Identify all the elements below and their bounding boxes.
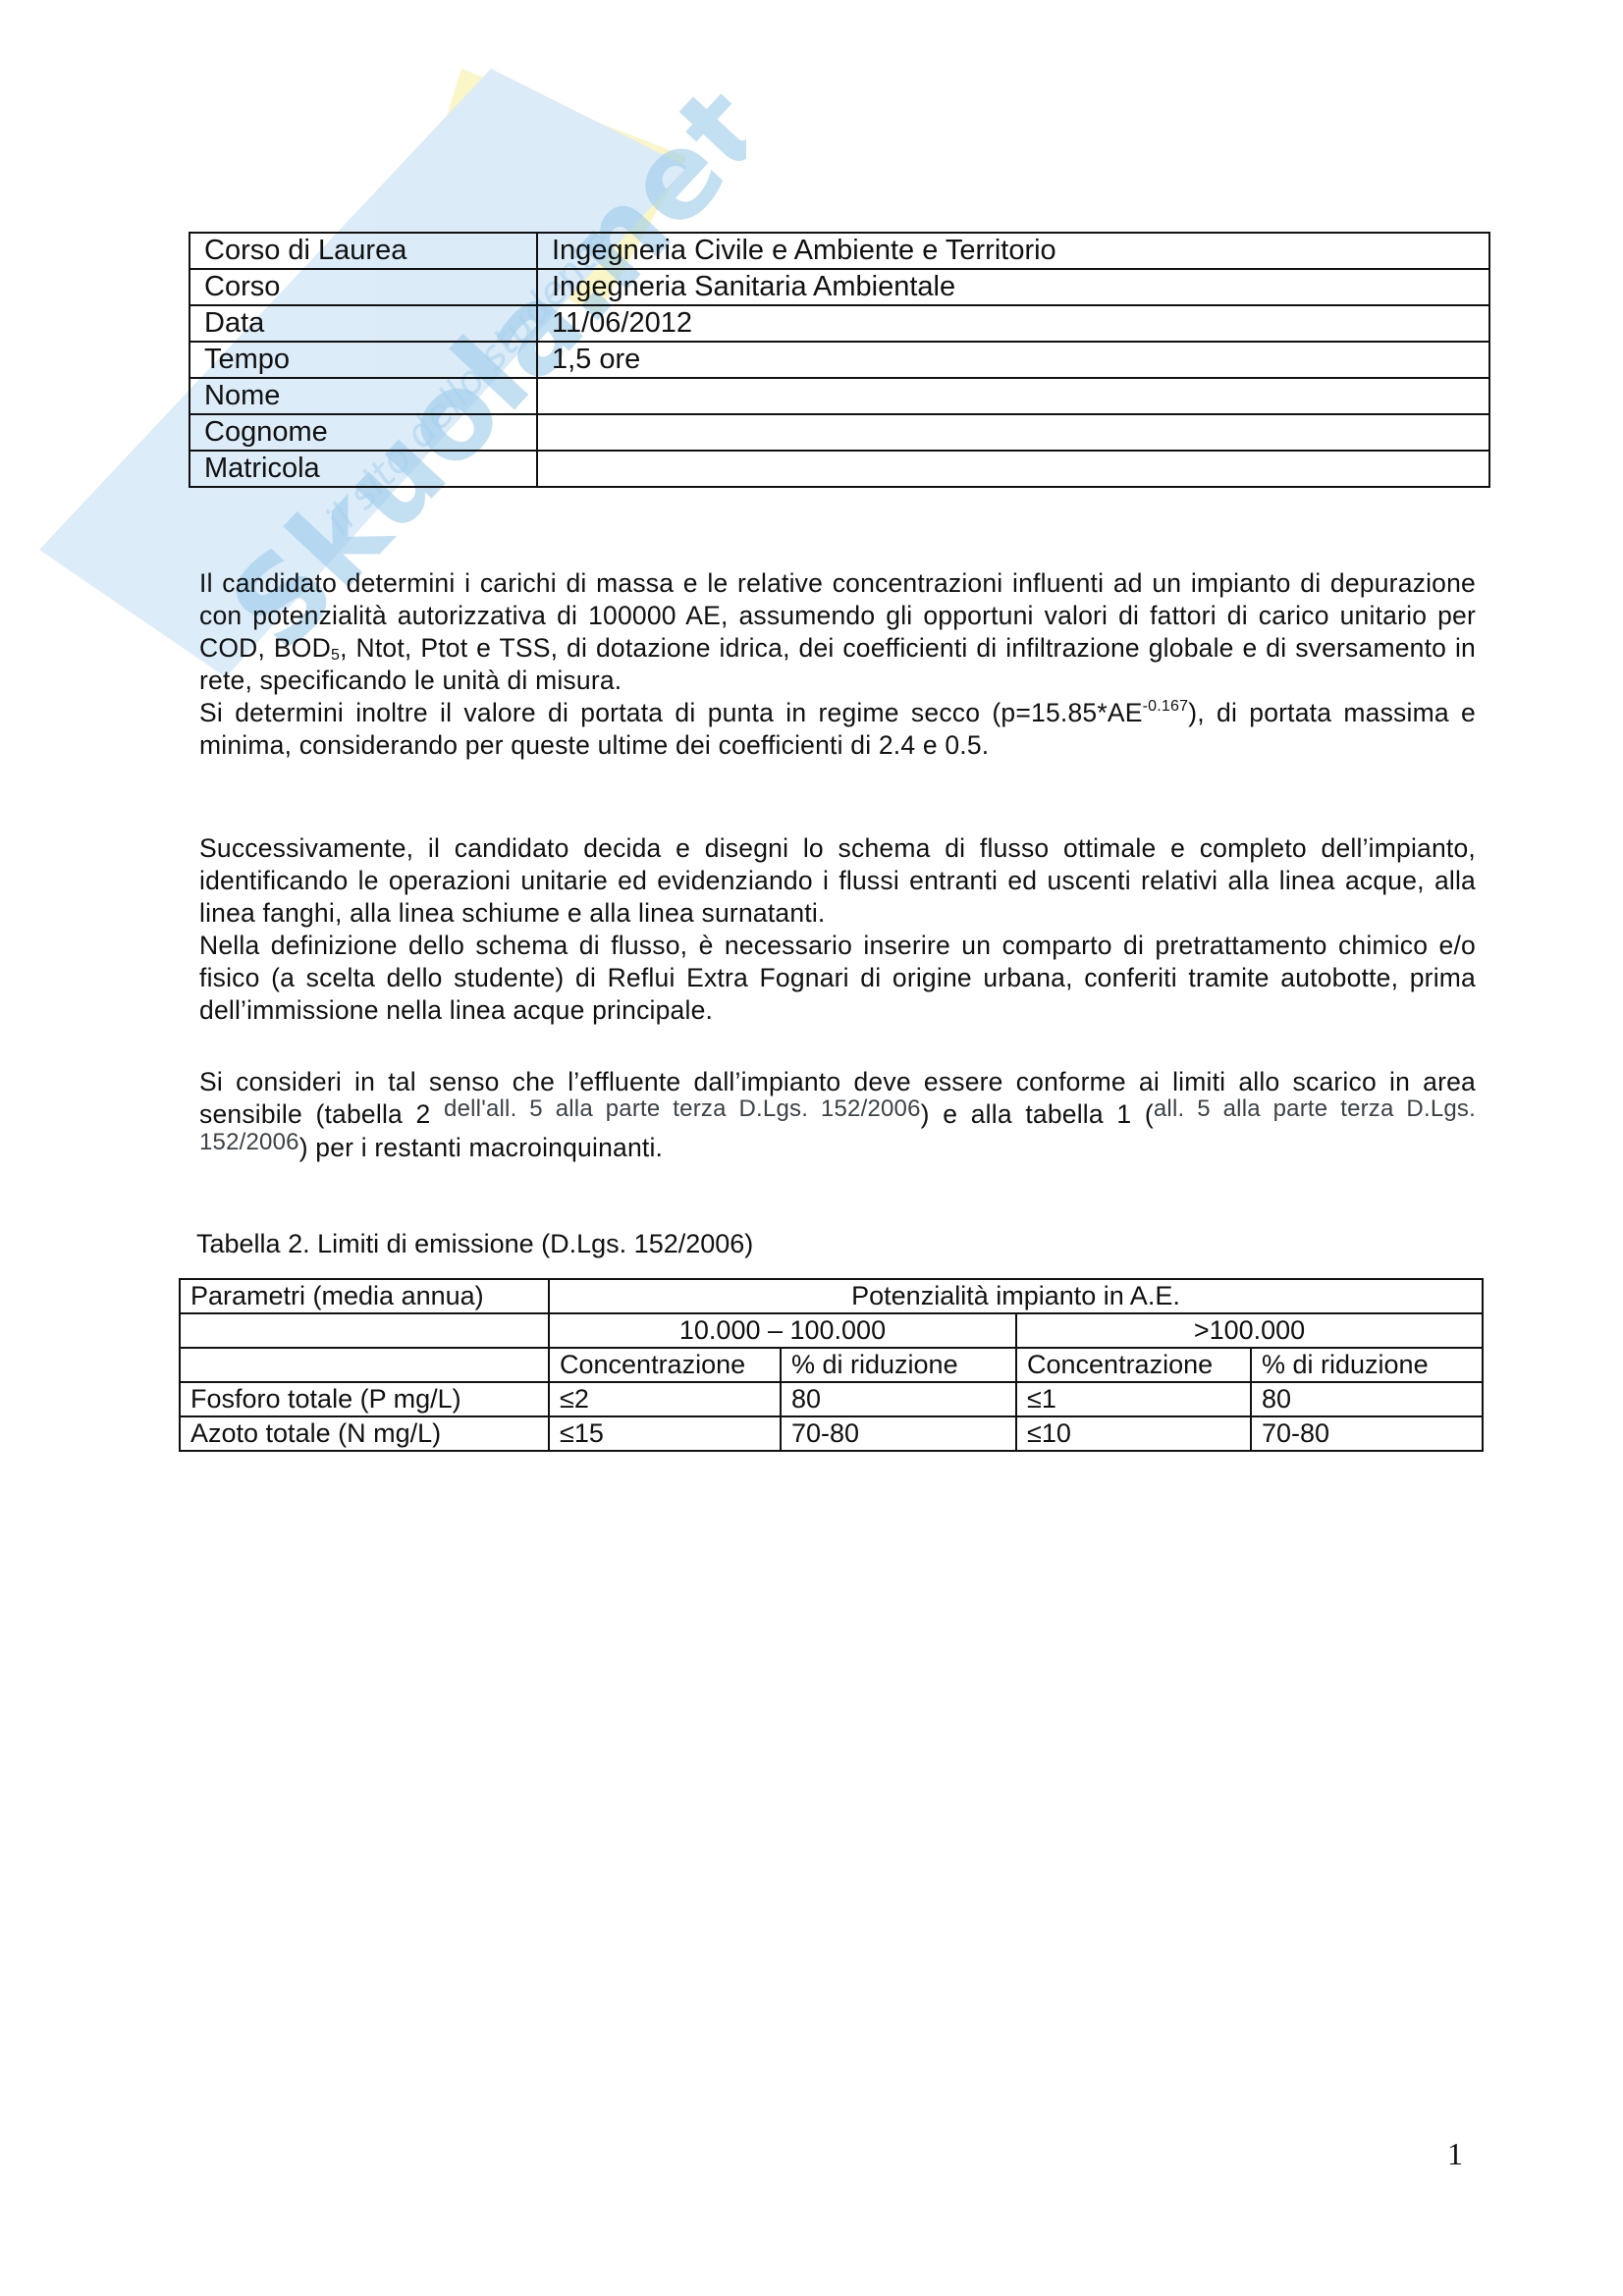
sub-header: % di riduzione: [1251, 1348, 1483, 1382]
cell-value: ≤10: [1016, 1416, 1251, 1451]
cell-value: 70-80: [781, 1416, 1016, 1451]
table-row: Data 11/06/2012: [189, 305, 1489, 342]
row-label: Tempo: [189, 342, 537, 378]
cell-value: 70-80: [1251, 1416, 1483, 1451]
formula-exponent: -0.167: [1143, 698, 1189, 715]
emission-limits-table: Parametri (media annua) Potenzialità imp…: [179, 1278, 1484, 1452]
table-row: Matricola: [189, 451, 1489, 487]
assignment-paragraph-1: Il candidato determini i carichi di mass…: [199, 567, 1476, 762]
exam-page: Corso di Laurea Ingegneria Civile e Ambi…: [0, 0, 1623, 2296]
text-part: Si determini inoltre il valore di portat…: [199, 698, 1143, 727]
row-label: Corso: [189, 269, 537, 305]
cell-value: ≤15: [549, 1416, 781, 1451]
row-label: Cognome: [189, 414, 537, 451]
bod-subscript: 5: [331, 647, 340, 664]
table-header-row: Parametri (media annua) Potenzialità imp…: [180, 1279, 1483, 1313]
group-header: Potenzialità impianto in A.E.: [549, 1279, 1483, 1313]
table-row: Cognome: [189, 414, 1489, 451]
nome-field: [537, 378, 1489, 414]
sub-header: Concentrazione: [1016, 1348, 1251, 1382]
text-part: ) per i restanti macroinquinanti.: [299, 1133, 663, 1162]
param-header: Parametri (media annua): [180, 1279, 549, 1313]
empty-cell: [180, 1348, 549, 1382]
table-row: Corso di Laurea Ingegneria Civile e Ambi…: [189, 233, 1489, 269]
row-label: Corso di Laurea: [189, 233, 537, 269]
legal-reference: dell'all. 5 alla parte terza D.Lgs. 152/…: [444, 1095, 921, 1122]
text-part: ) e alla tabella 1 (: [921, 1099, 1154, 1129]
text-part: , Ntot, Ptot e TSS, di dotazione idrica,…: [199, 633, 1476, 695]
cell-value: 80: [1251, 1382, 1483, 1416]
param-name: Fosforo totale (P mg/L): [180, 1382, 549, 1416]
table-header-row: Concentrazione % di riduzione Concentraz…: [180, 1348, 1483, 1382]
sub-header: % di riduzione: [781, 1348, 1016, 1382]
row-value: Ingegneria Sanitaria Ambientale: [537, 269, 1489, 305]
table-row: Fosforo totale (P mg/L) ≤2 80 ≤1 80: [180, 1382, 1483, 1416]
cell-value: ≤2: [549, 1382, 781, 1416]
table-row: Tempo 1,5 ore: [189, 342, 1489, 378]
range-header: 10.000 – 100.000: [549, 1313, 1016, 1348]
exam-info-table: Corso di Laurea Ingegneria Civile e Ambi…: [189, 232, 1490, 488]
table-header-row: 10.000 – 100.000 >100.000: [180, 1313, 1483, 1348]
row-value: 1,5 ore: [537, 342, 1489, 378]
sub-header: Concentrazione: [549, 1348, 781, 1382]
row-label: Matricola: [189, 451, 537, 487]
table-row: Corso Ingegneria Sanitaria Ambientale: [189, 269, 1489, 305]
assignment-paragraph-2: Successivamente, il candidato decida e d…: [199, 832, 1476, 1027]
row-value: 11/06/2012: [537, 305, 1489, 342]
assignment-paragraph-3: Si consideri in tal senso che l’effluent…: [199, 1066, 1476, 1165]
row-label: Nome: [189, 378, 537, 414]
table-caption: Tabella 2. Limiti di emissione (D.Lgs. 1…: [196, 1227, 753, 1260]
cell-value: ≤1: [1016, 1382, 1251, 1416]
cell-value: 80: [781, 1382, 1016, 1416]
page-number: 1: [1447, 2136, 1463, 2172]
matricola-field: [537, 451, 1489, 487]
table-row: Nome: [189, 378, 1489, 414]
text-part: Successivamente, il candidato decida e d…: [199, 833, 1476, 928]
row-label: Data: [189, 305, 537, 342]
text-part: Nella definizione dello schema di flusso…: [199, 931, 1476, 1025]
row-value: Ingegneria Civile e Ambiente e Territori…: [537, 233, 1489, 269]
table-row: Azoto totale (N mg/L) ≤15 70-80 ≤10 70-8…: [180, 1416, 1483, 1451]
param-name: Azoto totale (N mg/L): [180, 1416, 549, 1451]
range-header: >100.000: [1016, 1313, 1483, 1348]
empty-cell: [180, 1313, 549, 1348]
cognome-field: [537, 414, 1489, 451]
